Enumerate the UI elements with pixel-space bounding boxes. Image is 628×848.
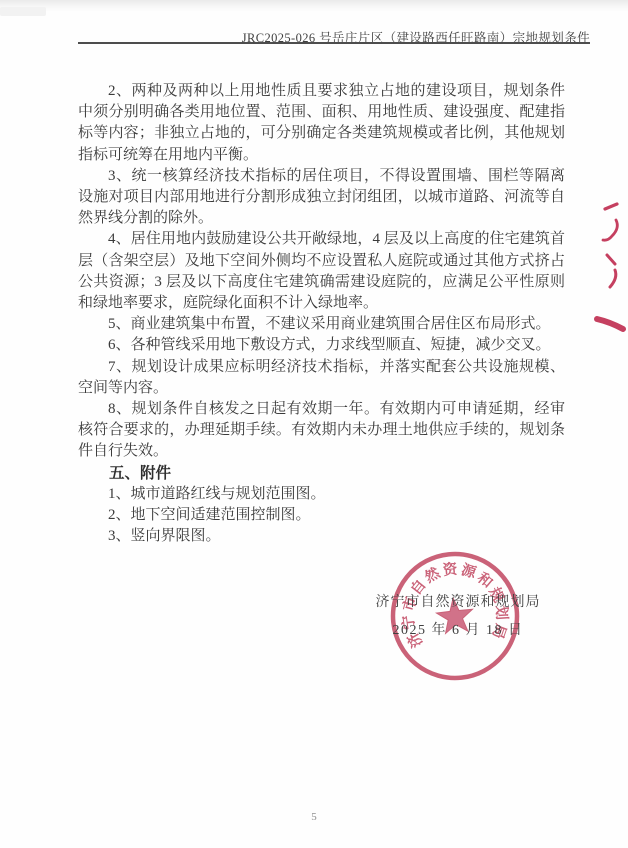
issuing-agency-name: 济宁市自然资源和规划局 — [330, 591, 586, 611]
svg-text:然: 然 — [421, 563, 443, 586]
document-page: JRC2025-026 号岳庄片区（建设路西任旺路南）宗地规划条件 2、两种及两… — [0, 0, 628, 848]
red-pen-edge-marks — [590, 198, 628, 338]
paragraph-2: 2、两种及两种以上用地性质且要求独立占地的建设项目，规划条件中须分别明确各类用地… — [78, 81, 565, 166]
paragraph-7: 7、规划设计成果应标明经济技术指标，并落实配套公共设施规模、空间等内容。 — [78, 357, 565, 399]
signature-block: 济宁市自然资源和规划局 2025 年 6 月 18 日 — [330, 591, 586, 639]
document-body: 2、两种及两种以上用地性质且要求独立占地的建设项目，规划条件中须分别明确各类用地… — [78, 81, 565, 547]
attachments-heading: 五、附件 — [78, 463, 565, 484]
attachment-item-2: 2、地下空间适建范围控制图。 — [78, 505, 565, 526]
header-rule — [78, 42, 590, 44]
attachment-item-1: 1、城市道路红线与规划范围图。 — [78, 484, 565, 505]
scan-corner-smudge — [0, 7, 46, 16]
paragraph-5: 5、商业建筑集中布置，不建议采用商业建筑围合居住区布局形式。 — [78, 314, 565, 335]
scan-top-edge — [0, 0, 628, 12]
paragraph-6: 6、各种管线采用地下敷设方式，力求线型顺直、短捷，减少交叉。 — [78, 335, 565, 356]
paragraph-4: 4、居住用地内鼓励建设公共开敞绿地，4 层及以上高度的住宅建筑首层（含架空层）及… — [78, 229, 565, 314]
svg-text:资: 资 — [442, 559, 459, 578]
page-number: 5 — [0, 811, 628, 823]
paragraph-3: 3、统一核算经济技术指标的居住项目，不得设置围墙、围栏等隔离设施对项目内部用地进… — [78, 166, 565, 230]
paragraph-8: 8、规划条件自核发之日起有效期一年。有效期内可申请延期，经审核符合要求的，办理延… — [78, 399, 565, 463]
issue-date: 2025 年 6 月 18 日 — [330, 619, 586, 639]
